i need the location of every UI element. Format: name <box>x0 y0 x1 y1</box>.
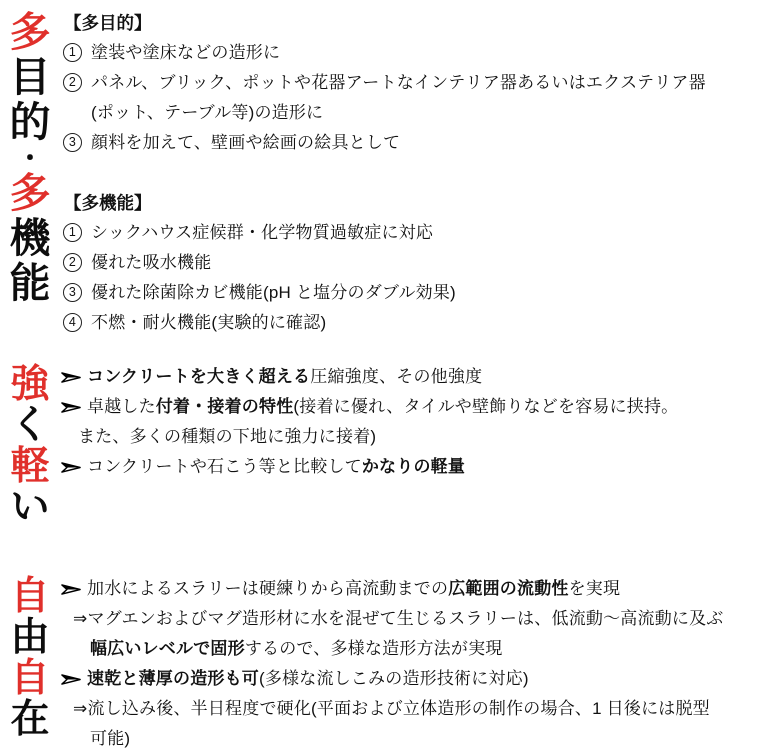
circled-number: 2 <box>63 253 82 272</box>
circled-number: 3 <box>63 133 82 152</box>
bullet-item: コンクリートや石こう等と比較してかなりの軽量 <box>60 452 778 482</box>
circled-number: 1 <box>63 223 82 242</box>
arrowhead-bullet-icon <box>61 370 81 385</box>
bullet-text-bold: かなりの軽量 <box>362 457 465 476</box>
list-item: 3 顔料を加えて、壁画や絵画の絵具として <box>60 128 778 158</box>
list-item-text: シックハウス症候群・化学物質過敏症に対応 <box>91 223 433 242</box>
section-strong-light: 強 く 軽 い コンクリートを大きく超える圧縮強度、その他強度 卓越した付着・接… <box>0 362 778 528</box>
list-item-text: 塗装や塗床などの造形に <box>91 43 280 62</box>
list-item-text: 優れた吸水機能 <box>91 253 211 272</box>
bullet-text: するので、多様な造形方法が実現 <box>245 639 503 658</box>
vertical-title-multipurpose: 多 目 的 ・ 多 機 能 <box>0 8 60 306</box>
bullet-text: 加水によるスラリーは硬練りから高流動までの <box>87 579 448 598</box>
bullet-text: コンクリートや石こう等と比較して <box>87 457 362 476</box>
section-content: 【多目的】 1 塗装や塗床などの造形に 2 パネル、ブリック、ポットや花器アート… <box>60 8 778 338</box>
bullet-text: (多様な流しこみの造形技術に対応) <box>259 669 529 688</box>
bullet-text-bold: コンクリートを大きく超える <box>87 367 310 386</box>
bullet-text: また、多くの種類の下地に強力に接着) <box>78 427 376 446</box>
circled-number: 3 <box>63 283 82 302</box>
arrowhead-bullet-icon <box>61 582 81 597</box>
list-item-text: 顔料を加えて、壁画や絵画の絵具として <box>91 133 400 152</box>
circled-number: 1 <box>63 43 82 62</box>
section-multipurpose-multifunction: 多 目 的 ・ 多 機 能 【多目的】 1 塗装や塗床などの造形に 2 パネル、… <box>0 8 778 338</box>
vertical-title-char: く <box>10 405 49 446</box>
circled-number: 2 <box>63 73 82 92</box>
bullet-item: 加水によるスラリーは硬練りから高流動までの広範囲の流動性を実現 <box>60 574 778 604</box>
arrowhead-bullet-icon <box>61 400 81 415</box>
section-free-forming: 自 由 自 在 加水によるスラリーは硬練りから高流動までの広範囲の流動性を実現 … <box>0 574 778 750</box>
bullet-sub-item: 幅広いレベルで固形するので、多様な造形方法が実現 <box>60 634 778 664</box>
vertical-title-char: 自 <box>10 576 49 617</box>
bullet-text: 卓越した <box>87 397 156 416</box>
bullet-item: 卓越した付着・接着の特性(接着に優れ、タイルや壁飾りなどを容易に挟持。 <box>60 392 778 422</box>
bullet-text: (接着に優れ、タイルや壁飾りなどを容易に挟持。 <box>293 397 678 416</box>
vertical-title-char: 能 <box>10 261 51 306</box>
vertical-title-char: 強 <box>10 364 49 405</box>
group-heading-multipurpose: 【多目的】 <box>60 8 778 38</box>
vertical-title-char: 的 <box>10 100 51 145</box>
list-item: 1 塗装や塗床などの造形に <box>60 38 778 68</box>
vertical-title-char: 自 <box>10 658 49 699</box>
vertical-title-char: 機 <box>10 216 51 261</box>
bullet-text-bold: 速乾と薄厚の造形も可 <box>87 669 259 688</box>
bullet-text: ⇒流し込み後、半日程度で硬化(平面および立体造形の制作の場合、1 日後には脱型 <box>73 699 710 718</box>
bullet-sub-item: ⇒流し込み後、半日程度で硬化(平面および立体造形の制作の場合、1 日後には脱型 <box>60 694 778 724</box>
arrowhead-bullet-icon <box>61 460 81 475</box>
vertical-title-char: 軽 <box>10 446 49 487</box>
list-item-text: (ポット、テーブル等)の造形に <box>91 103 323 122</box>
bullet-item: 速乾と薄厚の造形も可(多様な流しこみの造形技術に対応) <box>60 664 778 694</box>
list-item: 2 パネル、ブリック、ポットや花器アートなインテリア器あるいはエクステリア器 <box>60 68 778 98</box>
vertical-title-char: 由 <box>10 617 49 658</box>
vertical-title-char: 目 <box>10 55 51 100</box>
vertical-title-char: 多 <box>10 171 51 216</box>
section-content: コンクリートを大きく超える圧縮強度、その他強度 卓越した付着・接着の特性(接着に… <box>60 362 778 482</box>
document-page: 多 目 的 ・ 多 機 能 【多目的】 1 塗装や塗床などの造形に 2 パネル、… <box>0 0 778 750</box>
vertical-title-char: 多 <box>10 10 51 55</box>
list-item-text: 優れた除菌除カビ機能(pH と塩分のダブル効果) <box>91 283 456 302</box>
bullet-item: コンクリートを大きく超える圧縮強度、その他強度 <box>60 362 778 392</box>
bullet-item-continuation: また、多くの種類の下地に強力に接着) <box>60 422 778 452</box>
list-item-text: パネル、ブリック、ポットや花器アートなインテリア器あるいはエクステリア器 <box>91 73 706 92</box>
list-item: 1 シックハウス症候群・化学物質過敏症に対応 <box>60 218 778 248</box>
bullet-text-bold: 付着・接着の特性 <box>156 397 294 416</box>
bullet-sub-item: 可能) <box>60 724 778 750</box>
bullet-text: 可能) <box>90 729 130 748</box>
vertical-title-char: 在 <box>10 699 49 740</box>
list-item-continuation: (ポット、テーブル等)の造形に <box>60 98 778 128</box>
bullet-sub-item: ⇒マグエンおよびマグ造形材に水を混ぜて生じるスラリーは、低流動〜高流動に及ぶ <box>60 604 778 634</box>
vertical-title-dot: ・ <box>17 145 43 171</box>
section-content: 加水によるスラリーは硬練りから高流動までの広範囲の流動性を実現 ⇒マグエンおよび… <box>60 574 778 750</box>
bullet-text: 圧縮強度、その他強度 <box>310 367 482 386</box>
list-item: 3 優れた除菌除カビ機能(pH と塩分のダブル効果) <box>60 278 778 308</box>
list-item: 4 不燃・耐火機能(実験的に確認) <box>60 308 778 338</box>
list-item-text: 不燃・耐火機能(実験的に確認) <box>91 313 326 332</box>
bullet-text: を実現 <box>569 579 621 598</box>
vertical-title-char: い <box>10 487 49 528</box>
bullet-text-bold: 広範囲の流動性 <box>448 579 568 598</box>
arrowhead-bullet-icon <box>61 672 81 687</box>
list-item: 2 優れた吸水機能 <box>60 248 778 278</box>
bullet-text: ⇒マグエンおよびマグ造形材に水を混ぜて生じるスラリーは、低流動〜高流動に及ぶ <box>73 609 724 628</box>
vertical-title-free-forming: 自 由 自 在 <box>0 574 60 740</box>
circled-number: 4 <box>63 313 82 332</box>
vertical-title-strong-light: 強 く 軽 い <box>0 362 60 528</box>
group-heading-multifunction: 【多機能】 <box>60 188 778 218</box>
bullet-text-bold: 幅広いレベルで固形 <box>90 639 245 658</box>
